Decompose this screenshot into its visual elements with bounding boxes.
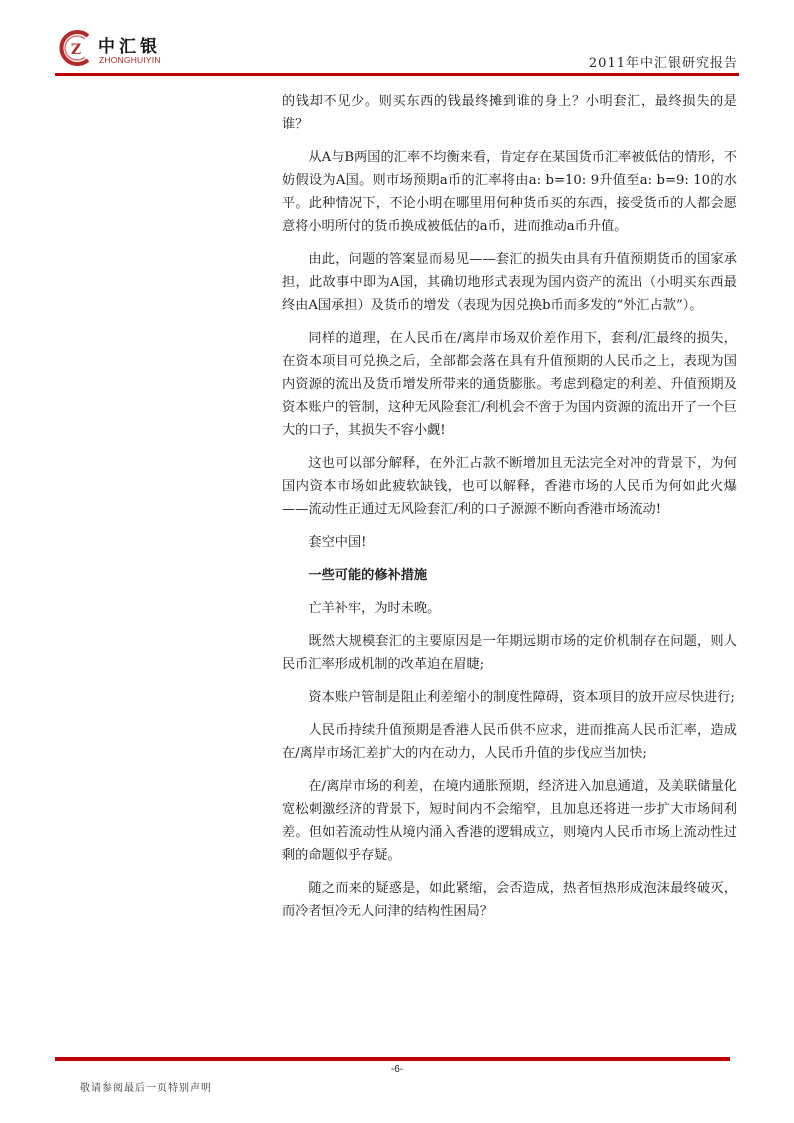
logo-english-name: ZHONGHUIYIN bbox=[99, 55, 161, 65]
paragraph: 套空中国! bbox=[282, 531, 737, 554]
report-body: 的钱却不见少。则买东西的钱最终摊到谁的身上？小明套汇，最终损失的是谁？ 从A与B… bbox=[282, 90, 737, 933]
zhonghuiyin-logo-icon: Z bbox=[58, 30, 94, 66]
disclaimer-note: 敬请参阅最后一页特别声明 bbox=[80, 1079, 212, 1094]
paragraph: 由此，问题的答案显而易见——套汇的损失由具有升值预期货币的国家承担，此故事中即为… bbox=[282, 248, 737, 317]
report-title: 2011年中汇银研究报告 bbox=[589, 52, 738, 71]
page-number: -6- bbox=[0, 1064, 794, 1075]
paragraph: 随之而来的疑惑是，如此紧缩，会否造成，热者恒热形成泡沫最终破灭，而冷者恒冷无人问… bbox=[282, 877, 737, 923]
paragraph: 从A与B两国的汇率不均衡来看，肯定存在某国货币汇率被低估的情形，不妨假设为A国。… bbox=[282, 146, 737, 238]
paragraph: 在/离岸市场的利差，在境内通胀预期，经济进入加息通道，及美联储量化宽松刺激经济的… bbox=[282, 775, 737, 867]
paragraph: 这也可以部分解释，在外汇占款不断增加且无法完全对冲的背景下，为何国内资本市场如此… bbox=[282, 452, 737, 521]
section-heading: 一些可能的修补措施 bbox=[282, 564, 737, 587]
company-logo: Z 中汇银 ZHONGHUIYIN bbox=[58, 28, 188, 72]
footer-divider bbox=[55, 1057, 730, 1061]
paragraph: 资本账户管制是阻止利差缩小的制度性障碍，资本项目的放开应尽快进行; bbox=[282, 686, 737, 709]
header-divider bbox=[55, 73, 739, 76]
paragraph: 亡羊补牢，为时未晚。 bbox=[282, 597, 737, 620]
paragraph: 人民币持续升值预期是香港人民币供不应求，进而推高人民币汇率，造成在/离岸市场汇差… bbox=[282, 719, 737, 765]
logo-chinese-name: 中汇银 bbox=[98, 32, 161, 57]
paragraph: 既然大规模套汇的主要原因是一年期远期市场的定价机制存在问题，则人民币汇率形成机制… bbox=[282, 630, 737, 676]
paragraph-continuation: 的钱却不见少。则买东西的钱最终摊到谁的身上？小明套汇，最终损失的是谁？ bbox=[282, 90, 737, 136]
svg-text:Z: Z bbox=[71, 42, 81, 58]
paragraph: 同样的道理，在人民币在/离岸市场双价差作用下，套利/汇最终的损失，在资本项目可兑… bbox=[282, 327, 737, 442]
